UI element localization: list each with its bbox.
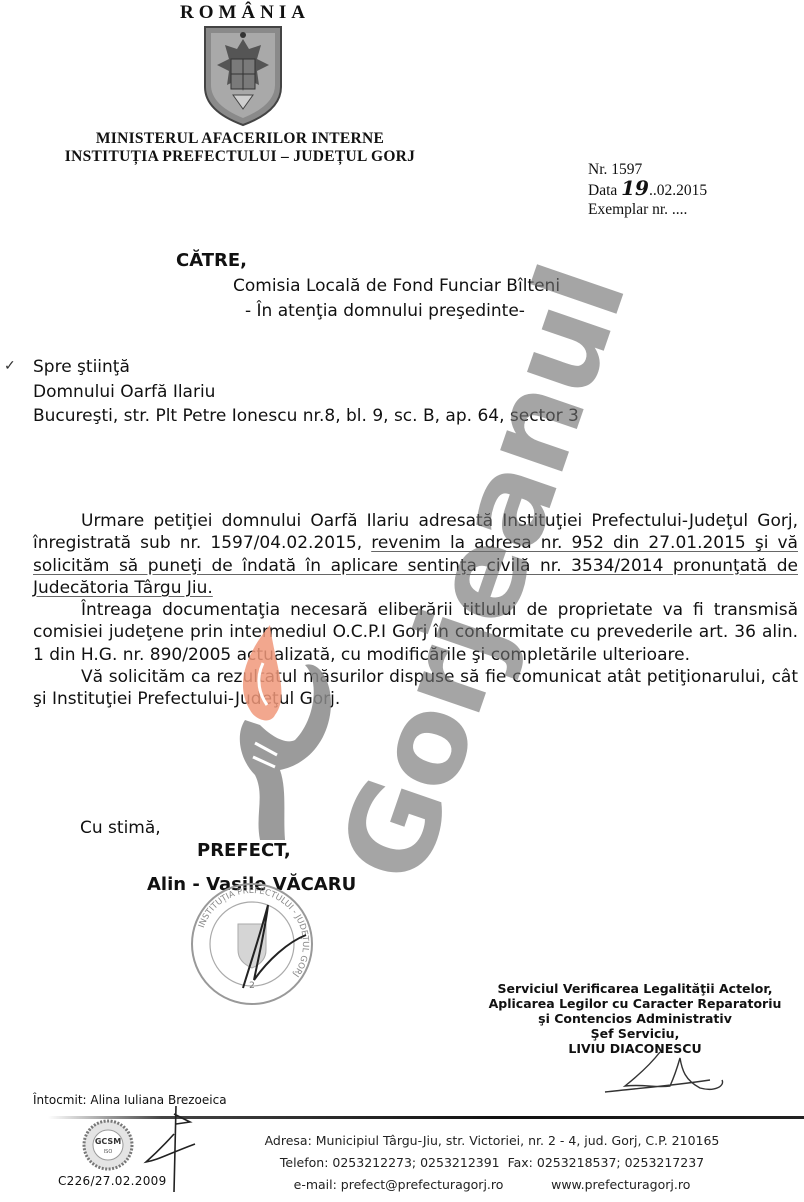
coat-of-arms-icon — [203, 25, 283, 127]
paragraph-2: Întreaga documentaţia necesară eliberări… — [33, 599, 798, 666]
institution-header: MINISTERUL AFACERILOR INTERNE INSTITUȚIA… — [30, 130, 450, 166]
date-rest: ..02.2015 — [649, 182, 707, 199]
ministry-name: MINISTERUL AFACERILOR INTERNE — [30, 130, 450, 148]
svg-text:GCSM: GCSM — [95, 1137, 121, 1146]
certification-code: C226/27.02.2009 — [58, 1174, 167, 1188]
letter-body: Urmare petiţiei domnului Oarfă Ilariu ad… — [33, 510, 798, 711]
official-seal-icon: INSTITUȚIA PREFECTULUI - JUDEȚUL GORJ 2 — [188, 880, 316, 1008]
footer-website: www.prefecturagorj.ro — [551, 1177, 690, 1192]
service-head-title: Şef Serviciu, — [470, 1026, 800, 1041]
cc-block: Spre ştiinţă Domnului Oarfă Ilariu Bucur… — [33, 355, 579, 429]
footer-phones: Telefon: 0253212273; 0253212391 Fax: 025… — [212, 1152, 772, 1174]
svg-text:ISO: ISO — [104, 1149, 113, 1155]
cc-name: Domnului Oarfă Ilariu — [33, 380, 579, 405]
recipient-heading: CĂTRE, — [176, 250, 247, 271]
handwritten-day: 19 — [621, 176, 649, 200]
registration-date: Data 19..02.2015 — [588, 179, 707, 200]
closing-salutation: Cu stimă, — [80, 818, 161, 838]
handwritten-check-icon: ✓ — [4, 358, 16, 375]
recipient-line: Comisia Locală de Fond Funciar Bîlteni — [233, 276, 560, 296]
signatory-title: PREFECT, — [197, 840, 291, 861]
footer-web-contacts: e-mail: prefect@prefecturagorj.ro www.pr… — [212, 1174, 772, 1196]
registration-block: Nr. 1597 Data 19..02.2015 Exemplar nr. .… — [588, 160, 707, 219]
paragraph-1: Urmare petiţiei domnului Oarfă Ilariu ad… — [33, 510, 798, 599]
cc-label: Spre ştiinţă — [33, 355, 579, 380]
certification-badge-icon: GCSM ISO — [82, 1119, 134, 1171]
svg-text:2: 2 — [249, 981, 255, 991]
recipient-attention: - În atenţia domnului preşedinte- — [245, 301, 525, 321]
signature-icon — [600, 1050, 730, 1100]
footer-address: Adresa: Municipiul Târgu-Jiu, str. Victo… — [212, 1130, 772, 1152]
paragraph-3: Vă solicităm ca rezultatul măsurilor dis… — [33, 666, 798, 711]
service-block: Serviciul Verificarea Legalităţii Actelo… — [470, 981, 800, 1056]
service-name-line: Serviciul Verificarea Legalităţii Actelo… — [470, 981, 800, 996]
service-name-line: Aplicarea Legilor cu Caracter Reparatori… — [470, 996, 800, 1011]
service-name-line: şi Contencios Administrativ — [470, 1011, 800, 1026]
institution-name: INSTITUȚIA PREFECTULUI – JUDEȚUL GORJ — [30, 148, 450, 166]
footer-email: e-mail: prefect@prefecturagorj.ro — [294, 1177, 504, 1192]
cc-address: Bucureşti, str. Plt Petre Ionescu nr.8, … — [33, 404, 579, 429]
country-heading: ROMÂNIA — [0, 2, 490, 24]
copy-number: Exemplar nr. .... — [588, 200, 707, 219]
contact-footer: Adresa: Municipiul Târgu-Jiu, str. Victo… — [212, 1130, 772, 1196]
